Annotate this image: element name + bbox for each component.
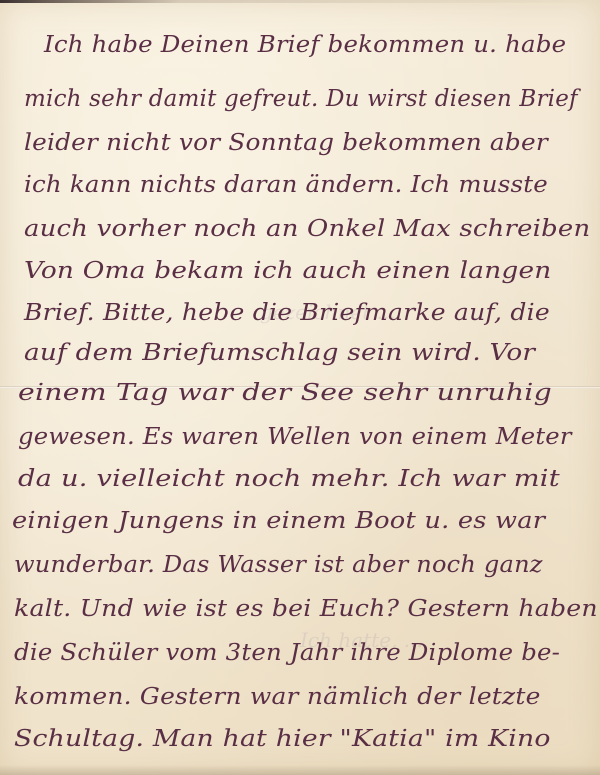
letter-line-13: wunderbar. Das Wasser ist aber noch ganz	[14, 552, 543, 578]
letter-line-8: auf dem Briefumschlag sein wird. Vor	[24, 340, 535, 366]
letter-line-9: einem Tag war der See sehr unruhig	[18, 380, 552, 406]
letter-line-15: die Schüler vom 3ten Jahr ihre Diplome b…	[14, 640, 560, 666]
letter-page: gezeichnet ... Ich hatte, ... Ich habe D…	[0, 0, 600, 775]
letter-line-7: Brief. Bitte, hebe die Briefmarke auf, d…	[24, 300, 550, 326]
letter-line-16: kommen. Gestern war nämlich der letzte	[14, 684, 541, 710]
handwritten-letter-body: Ich habe Deinen Brief bekommen u. habe m…	[0, 0, 600, 775]
letter-line-4: ich kann nichts daran ändern. Ich musste	[24, 172, 548, 198]
letter-line-1: Ich habe Deinen Brief bekommen u. habe	[44, 32, 566, 58]
letter-line-11: da u. vielleicht noch mehr. Ich war mit	[18, 466, 560, 492]
paper-bottom-edge	[0, 765, 600, 775]
letter-line-3: leider nicht vor Sonntag bekommen aber	[24, 130, 548, 156]
letter-line-5: auch vorher noch an Onkel Max schreiben	[24, 216, 590, 242]
letter-line-17: Schultag. Man hat hier "Katia" im Kino	[14, 726, 551, 752]
letter-line-2: mich sehr damit gefreut. Du wirst diesen…	[24, 86, 578, 112]
letter-line-6: Von Oma bekam ich auch einen langen	[24, 258, 552, 284]
letter-line-14: kalt. Und wie ist es bei Euch? Gestern h…	[14, 596, 598, 622]
letter-line-10: gewesen. Es waren Wellen von einem Meter	[18, 424, 572, 450]
letter-line-12: einigen Jungens in einem Boot u. es war	[12, 508, 545, 534]
